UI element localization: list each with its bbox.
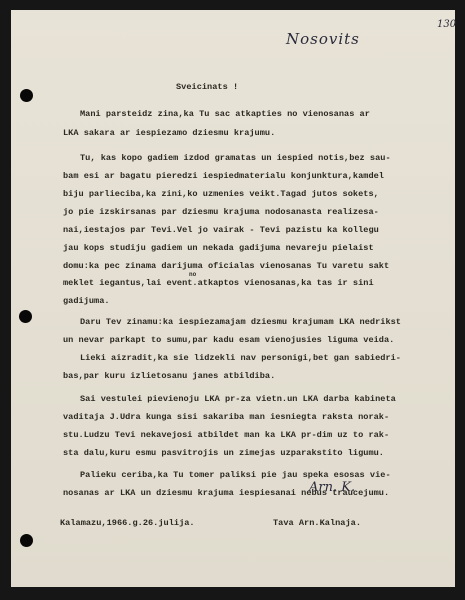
letter-page: Nosovits 130 Sveicinats ! Mani parsteidz… [11, 10, 455, 587]
punch-hole-top [20, 89, 33, 102]
punch-hole-bottom [20, 534, 33, 547]
text-line: Lieki aizradit,ka sie lidzekli nav perso… [80, 353, 401, 363]
text-line: vaditaja J.Udra kunga sisi sakariba man … [63, 412, 389, 422]
text-line: sta dalu,kuru esmu pasvitrojis un zimeja… [63, 448, 384, 458]
text-line: Sai vestulei pievienoju LKA pr-za vietn.… [80, 394, 396, 404]
text-line: bas,par kuru izlietosanu janes atbildiba… [63, 371, 275, 381]
text-line: Daru Tev zinamu:ka iespiezamajam dziesmu… [80, 317, 401, 327]
text-line: Mani parsteidz zina,ka Tu sac atkapties … [80, 109, 370, 119]
place-date: Kalamazu,1966.g.26.julija. [60, 518, 195, 528]
text-line: meklet iegantus,lai event.atkaptos vieno… [63, 278, 374, 288]
text-line: jo pie izskirsanas par dziesmu krajuma n… [63, 207, 379, 217]
text-line: nai,iestajos par Tevi.Vel jo vairak - Te… [63, 225, 379, 235]
page-number: 130 [437, 19, 456, 30]
typed-signature: Tava Arn.Kalnaja. [273, 518, 361, 528]
text-line: Palieku ceriba,ka Tu tomer paliksi pie j… [80, 470, 391, 480]
punch-hole-middle [19, 310, 32, 323]
text-line: biju parliecibа,ka zini,ko uzmenies veik… [63, 189, 379, 199]
text-line: un nevar parkapt to sumu,par kadu esam v… [63, 335, 394, 345]
salutation: Sveicinats ! [176, 82, 238, 92]
text-line: Tu, kas kopo gadiem izdod gramatas un ie… [80, 153, 391, 163]
text-line: stu.Ludzu Tevi nekavejosi atbildet man k… [63, 430, 389, 440]
handwritten-signature: Arn. K. [309, 480, 355, 495]
interlinear-insertion: no [189, 271, 196, 278]
text-line: jau kops studiju gadiem un nekada gadiju… [63, 243, 374, 253]
text-line: domu:ka pec zinama darijuma oficialas vi… [63, 261, 389, 271]
text-line: gadijuma. [63, 296, 110, 306]
text-line: bam esi ar bagatu pieredzi iespiedmateri… [63, 171, 384, 181]
text-line: LKA sakara ar iespiezamo dziesmu krajumu… [63, 128, 275, 138]
handwritten-header: Nosovits [286, 30, 360, 48]
